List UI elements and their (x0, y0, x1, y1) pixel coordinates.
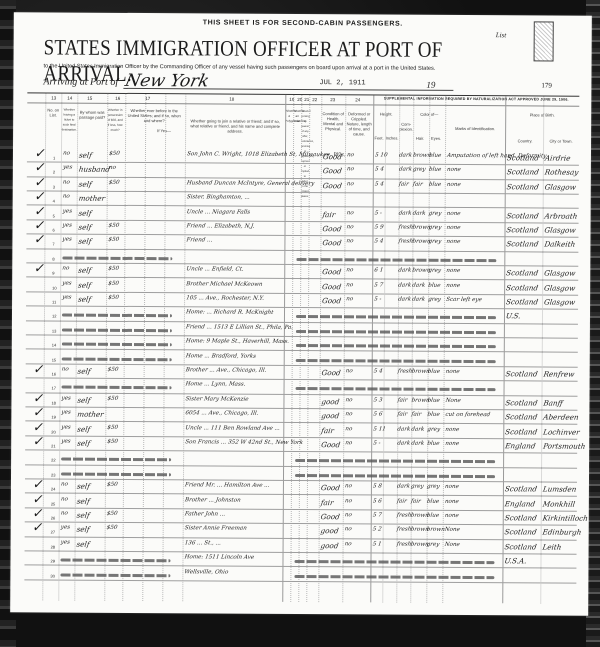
check-mark-icon: ✓ (31, 492, 45, 507)
cell-city: Glasgow (544, 225, 576, 234)
cell-eyes: grey (428, 268, 442, 274)
cell-hair: dark (412, 297, 426, 303)
cell-joining: Friend ... (186, 238, 213, 244)
cell-complexion: dark (398, 282, 412, 288)
cell-ticket: yes (61, 410, 71, 416)
cell-health: Good (322, 282, 342, 291)
cell-country: Scotland (504, 513, 537, 522)
blank-line-squiggle (294, 560, 494, 564)
cell-country: Scotland (506, 168, 539, 177)
cell-eyes: blue (427, 412, 440, 418)
cell-city: Airdrie (544, 153, 571, 162)
line-number: 21 (51, 443, 55, 448)
cell-paid: self (77, 424, 91, 433)
line-number: 20 (51, 429, 55, 434)
cell-joining: Friend ... Elizabeth, N.J. (186, 223, 255, 229)
cell-marks: cut on forehead (445, 412, 491, 418)
cell-ticket: no (60, 511, 68, 517)
sheet-class-note: THIS SHEET IS FOR SECOND-CABIN PASSENGER… (14, 18, 592, 29)
cell-joining: Friend ... 1513 E Lillian St., Phila, Pa… (185, 324, 284, 331)
cell-paid: self (76, 496, 90, 505)
blank-line-squiggle (62, 328, 172, 332)
cell-eyes: blue (427, 369, 440, 375)
check-mark-icon: ✓ (33, 262, 47, 277)
cell-country: England (505, 441, 537, 450)
check-mark-icon: ✓ (33, 233, 47, 248)
cell-paid: self (77, 295, 91, 304)
cell-hair: grey (411, 484, 425, 490)
line-number: 1 (53, 155, 55, 160)
cell-ticket: yes (60, 525, 70, 531)
cell-deformed: no (345, 483, 353, 489)
cell-health: Good (320, 483, 340, 492)
cell-deformed: no (344, 498, 352, 504)
check-mark-icon: ✓ (33, 190, 47, 205)
cell-money: $50 (108, 280, 120, 286)
manifest-table: 13 14 15 16 17 18 19 20 21 22 23 24 SUPP… (24, 92, 579, 603)
cell-paid: self (78, 208, 92, 217)
cell-country: Scotland (506, 283, 539, 292)
cell-height: 5 - (374, 296, 382, 302)
cell-eyes: blue (426, 498, 439, 504)
cell-ticket: no (60, 496, 68, 502)
cell-health: good (320, 527, 339, 536)
cell-money: $50 (107, 424, 119, 430)
cell-city: Dalkeith (544, 240, 576, 249)
cell-health: good (321, 411, 340, 420)
cell-joining: Brother ... Ave., Chicago, Ill. (185, 367, 267, 373)
cell-money: $50 (107, 396, 119, 402)
cell-joining: Home ... Bradford, Yorks (185, 353, 256, 359)
cell-ticket: yes (62, 237, 72, 243)
blank-line-squiggle (61, 472, 171, 476)
cell-paid: self (78, 179, 92, 188)
cell-joining: Sister Mary McKenzie (185, 396, 249, 402)
cell-marks: none (446, 225, 461, 231)
line-number: 13 (52, 328, 56, 333)
cell-money: $50 (108, 223, 120, 229)
col-num: 14 (67, 96, 72, 101)
cell-marks: none (446, 268, 461, 274)
cell-paid: self (78, 223, 92, 232)
cell-complexion: dark (397, 441, 411, 447)
cell-height: 5 4 (374, 239, 384, 245)
cell-deformed: no (346, 282, 354, 288)
cell-height: 5 7 (372, 512, 382, 518)
check-mark-icon: ✓ (33, 175, 47, 190)
cell-city: Aberdeen (543, 413, 580, 422)
cell-country: Scotland (504, 528, 537, 537)
cell-health: good (321, 397, 340, 406)
cell-deformed: no (346, 210, 354, 216)
cell-hair: dark (411, 441, 425, 447)
cell-deformed: no (346, 267, 354, 273)
cell-height: 5 - (373, 440, 381, 446)
cell-city: Arbroath (544, 211, 578, 220)
cell-deformed: no (344, 527, 352, 533)
cell-paid: mother (77, 410, 105, 419)
cell-city: Glasgow (544, 182, 576, 191)
cell-eyes: blue (428, 167, 441, 173)
header-city: City or Town. (543, 138, 579, 143)
cell-paid: self (78, 266, 92, 275)
cell-paid: self (76, 482, 90, 491)
cell-ticket: yes (61, 424, 71, 430)
cell-height: 5 4 (374, 167, 384, 173)
line-number: 22 (51, 458, 55, 463)
check-mark-icon: ✓ (32, 406, 46, 421)
table-row: 30Wellsville, Ohio (24, 567, 576, 584)
cell-joining: Sister, Binghamton, ... (186, 194, 250, 200)
cell-country: England (504, 499, 536, 508)
cell-complexion: dark (398, 210, 412, 216)
line-number: 10 (52, 285, 56, 290)
cell-country: Scotland (504, 484, 537, 493)
cell-complexion: dark (398, 268, 412, 274)
line-number: 5 (53, 213, 55, 218)
cell-eyes: blue (427, 441, 440, 447)
cell-marks: Scar left eye (446, 297, 483, 303)
cell-joining: Husband Duncan McIntyre, General deliver… (186, 180, 285, 187)
cell-money: $50 (106, 511, 118, 517)
cell-height: 5 3 (373, 397, 383, 403)
cell-marks: None (445, 398, 461, 404)
date-stamp: JUL 2, 1911 (319, 79, 365, 87)
blank-line-squiggle (61, 458, 171, 462)
cell-health: Good (320, 512, 340, 521)
header-marks: Marks of Identification. (447, 126, 503, 131)
header-complexion: Com-plexion. (399, 122, 413, 132)
cell-eyes: blue (428, 282, 441, 288)
line-number: 27 (51, 530, 55, 535)
supplemental-header: SUPPLEMENTAL INFORMATION REQUIRED BY NAT… (373, 96, 579, 101)
cell-city: Portsmouth (543, 441, 587, 450)
line-number: 6 (52, 227, 54, 232)
cell-height: 5 6 (373, 412, 383, 418)
cell-hair: fair (411, 412, 422, 418)
cell-height: 5 9 (374, 224, 384, 230)
cell-joining: 105 ... Ave., Rochester, N.Y. (186, 295, 265, 301)
cell-complexion: fair (396, 498, 407, 504)
cell-city: Lochinver (543, 427, 581, 436)
cell-ticket: yes (62, 208, 72, 214)
blank-line-squiggle (62, 386, 172, 390)
cell-height: 5 8 (373, 484, 383, 490)
cell-joining: Home: 9 Maple St., Haverhill, Mass. (185, 338, 284, 345)
cell-health: Good (322, 152, 342, 161)
cell-joining: Friend Mr. ... Hamilton Ave ... (185, 482, 270, 489)
check-mark-icon: ✓ (32, 420, 46, 435)
cell-eyes: grey (427, 484, 441, 490)
col-num: 24 (355, 97, 360, 102)
cell-complexion: fair (398, 181, 409, 187)
header-joining: Whether going to join a relative or frie… (187, 118, 283, 134)
arrival-line: Arriving at Port of New York JUL 2, 1911… (43, 76, 473, 91)
cell-height: 5 10 (375, 152, 388, 158)
cell-country: Scotland (506, 240, 539, 249)
cell-money: $50 (108, 295, 120, 301)
cell-eyes: blue (426, 513, 439, 519)
cell-ticket: yes (60, 539, 70, 545)
cell-paid: husband (78, 165, 110, 174)
cell-money: $50 (109, 151, 121, 157)
cell-deformed: no (345, 440, 353, 446)
line-number: 14 (52, 343, 56, 348)
cell-joining: Home ... Lynn, Mass. (185, 382, 246, 388)
blank-line-squiggle (295, 474, 495, 478)
cell-deformed: no (347, 152, 355, 158)
line-number: 24 (51, 487, 55, 492)
cell-joining: Sister Annie Freeman (184, 526, 247, 532)
check-mark-icon: ✓ (32, 478, 46, 493)
cell-joining: Son Francis ... 352 W 42nd St., New York (185, 439, 284, 446)
cell-country: U.S.A. (504, 556, 527, 565)
cell-height: 5 11 (373, 426, 386, 432)
cell-height: 5 2 (372, 527, 382, 533)
cell-marks: none (445, 369, 460, 375)
cell-ticket: yes (61, 395, 71, 401)
line-number: 25 (51, 501, 55, 506)
cell-deformed: no (345, 411, 353, 417)
line-number: 9 (52, 271, 54, 276)
line-number: 30 (50, 573, 54, 578)
cell-paid: mother (78, 194, 106, 203)
cell-ticket: no (61, 367, 69, 373)
col-num: 16 (115, 96, 120, 101)
cell-health: Good (321, 440, 341, 449)
cell-city: Leith (542, 542, 562, 551)
line-number: 29 (50, 559, 54, 564)
cell-ticket: yes (62, 223, 72, 229)
cell-eyes: grey (428, 210, 442, 216)
line-number: 15 (52, 357, 56, 362)
line-number: 17 (52, 386, 56, 391)
blank-line-squiggle (296, 387, 496, 391)
cell-health: fair (322, 210, 336, 219)
line-number: 18 (51, 400, 55, 405)
cell-country: U.S. (505, 312, 521, 321)
blank-line-squiggle (296, 315, 496, 319)
header-ticket: Whether having a ticket to such final de… (61, 108, 77, 133)
cell-deformed: no (345, 368, 353, 374)
cell-deformed: no (346, 181, 354, 187)
cell-eyes: grey (428, 239, 442, 245)
cell-country: Scotland (506, 182, 539, 191)
year-label: 19 (426, 80, 435, 90)
cell-eyes: blue (427, 398, 440, 404)
check-mark-icon: ✓ (31, 521, 45, 536)
cell-city: Edinburgh (542, 528, 582, 537)
cell-deformed: no (346, 224, 354, 230)
cell-city: Glasgow (543, 297, 575, 306)
cell-joining: Home: 1511 Lincoln Ave (184, 554, 254, 560)
cell-marks: none (446, 282, 461, 288)
cell-deformed: no (344, 512, 352, 518)
cell-height: 5 4 (374, 181, 384, 187)
cell-city: Banff (543, 398, 564, 407)
cell-city: Renfrew (543, 369, 575, 378)
cell-money: $50 (108, 266, 120, 272)
cell-marks: none (446, 182, 461, 188)
cell-city: Lumsden (542, 485, 577, 494)
blank-line-squiggle (62, 256, 172, 260)
cell-joining: 136 ... St., ... (184, 540, 221, 546)
cell-deformed: no (345, 397, 353, 403)
cell-marks: none (445, 484, 460, 490)
cell-joining: Uncle ... Enfield, Ct. (186, 266, 244, 272)
cell-city: Rothesay (544, 168, 579, 177)
cell-paid: self (77, 395, 91, 404)
header-deformed: Deformed or Crippled. Nature, length of … (345, 111, 373, 136)
cell-health: Good (322, 181, 342, 190)
line-number: 26 (51, 515, 55, 520)
col-num: 22 (312, 97, 317, 102)
cell-money: $50 (107, 367, 119, 373)
line-number: 12 (52, 314, 56, 319)
cell-joining: 6054 ... Ave., Chicago, Ill. (185, 410, 259, 416)
cell-paid: self (76, 525, 90, 534)
cell-country: Scotland (505, 412, 538, 421)
cell-marks: none (446, 167, 461, 173)
check-mark-icon: ✓ (32, 362, 46, 377)
cell-marks: none (445, 426, 460, 432)
line-number: 4 (53, 199, 55, 204)
line-number: 11 (52, 299, 56, 304)
cell-money: no (108, 165, 116, 171)
cell-ticket: no (61, 482, 69, 488)
cell-paid: self (78, 151, 92, 160)
cell-hair: dark (412, 210, 426, 216)
list-stamp-box (534, 21, 554, 61)
cell-paid: self (76, 539, 90, 548)
cell-ticket: yes (62, 165, 72, 171)
cell-eyes: grey (427, 426, 441, 432)
cell-country: Scotland (506, 153, 539, 162)
cell-joining: Brother Michael McKeown (186, 281, 263, 287)
blank-line-squiggle (296, 359, 496, 363)
cell-money: $50 (107, 439, 119, 445)
cell-city: Glasgow (544, 269, 576, 278)
check-mark-icon: ✓ (33, 204, 47, 219)
cell-eyes: grey (428, 297, 442, 303)
check-mark-icon: ✓ (34, 161, 48, 176)
cell-paid: self (77, 367, 91, 376)
cell-marks: None (444, 527, 460, 533)
header-health: Condition of Health, Mental and Physical… (321, 111, 345, 131)
header-passage-paid: By whom was passage paid? (77, 110, 107, 120)
cell-joining: Son John C. Wright, 1018 Elizabeth St, M… (187, 151, 286, 158)
cell-health: Good (322, 239, 342, 248)
blank-line-squiggle (295, 459, 495, 463)
header-anarchist: Whether an Anarchist. (293, 109, 301, 124)
cell-eyes: grey (426, 542, 440, 548)
blank-line-squiggle (296, 330, 496, 334)
manifest-sheet: THIS SHEET IS FOR SECOND-CABIN PASSENGER… (10, 12, 592, 616)
cell-health: fair (320, 498, 334, 507)
cell-country: Scotland (506, 211, 539, 220)
cell-money: $50 (106, 525, 118, 531)
cell-height: 5 1 (372, 541, 382, 547)
cell-marks: none (446, 210, 461, 216)
blank-line-squiggle (296, 344, 496, 348)
cell-paid: self (78, 237, 92, 246)
blank-line-squiggle (296, 258, 496, 262)
check-mark-icon: ✓ (32, 434, 46, 449)
cell-paid: self (78, 280, 92, 289)
cell-paid: self (76, 511, 90, 520)
header-money: Whether in possession of $50, and if les… (107, 108, 123, 133)
cell-country: Scotland (505, 427, 538, 436)
cell-marks: none (444, 513, 459, 519)
cell-hair: fair (410, 498, 421, 504)
cell-city: Glasgow (544, 283, 576, 292)
cell-height: 5 7 (374, 282, 384, 288)
header-country: Country. (507, 138, 543, 143)
column-number-row: 13 14 15 16 17 18 19 20 21 22 23 24 SUPP… (27, 93, 579, 106)
cell-hair: fair (412, 181, 423, 187)
cell-health: Good (321, 368, 341, 377)
line-number: 8 (52, 256, 54, 261)
header-polygamist: Whether a Polygamist. (285, 109, 293, 124)
cell-ticket: no (62, 179, 70, 185)
cell-ticket: no (63, 151, 71, 157)
cell-height: 5 4 (373, 368, 383, 374)
cell-hair: dark (411, 426, 425, 432)
cell-eyes: blue (428, 182, 441, 188)
header-inches: Inches. (385, 136, 399, 141)
cell-hair: dark (412, 282, 426, 288)
cell-joining: Brother ... Johnston (184, 497, 241, 503)
cell-country: Scotland (505, 297, 538, 306)
line-number: 19 (51, 415, 55, 420)
cell-complexion: dark (399, 153, 413, 159)
cell-joining: Father John ... (184, 511, 225, 517)
cell-marks: none (445, 441, 460, 447)
cell-health: Good (322, 167, 342, 176)
header-no-on-list: No. on List. (45, 107, 61, 117)
col-num: 13 (51, 95, 56, 100)
line-number: 23 (51, 472, 55, 477)
cell-city: Kirkintilloch (542, 513, 588, 522)
cell-deformed: no (346, 239, 354, 245)
cell-country: Scotland (504, 542, 537, 551)
header-eyes: Eyes. (429, 136, 443, 141)
line-number: 28 (51, 544, 55, 549)
cell-height: 6 1 (374, 268, 384, 274)
header-feet: Feet. (373, 135, 385, 140)
cell-complexion: fair (397, 412, 408, 418)
cell-deformed: no (346, 296, 354, 302)
cell-money: $50 (108, 180, 120, 186)
cell-city: Monkhill (542, 499, 576, 508)
cell-deformed: no (346, 167, 354, 173)
blank-line-squiggle (62, 314, 172, 318)
blank-line-squiggle (60, 573, 170, 577)
cell-joining: Uncle ... Niagara Falls (186, 209, 250, 215)
cell-health: Good (322, 224, 342, 233)
check-mark-icon: ✓ (34, 146, 48, 161)
cell-eyes: blue (429, 153, 442, 159)
line-number: 2 (53, 170, 55, 175)
cell-ticket: no (62, 266, 70, 272)
cell-hair: grey (412, 167, 426, 173)
cell-height: 5 6 (372, 498, 382, 504)
blank-line-squiggle (60, 559, 170, 563)
cell-deformed: no (345, 426, 353, 432)
arriving-label: Arriving at Port of (43, 76, 118, 87)
cell-health: Good (322, 267, 342, 276)
line-number: 16 (52, 371, 56, 376)
